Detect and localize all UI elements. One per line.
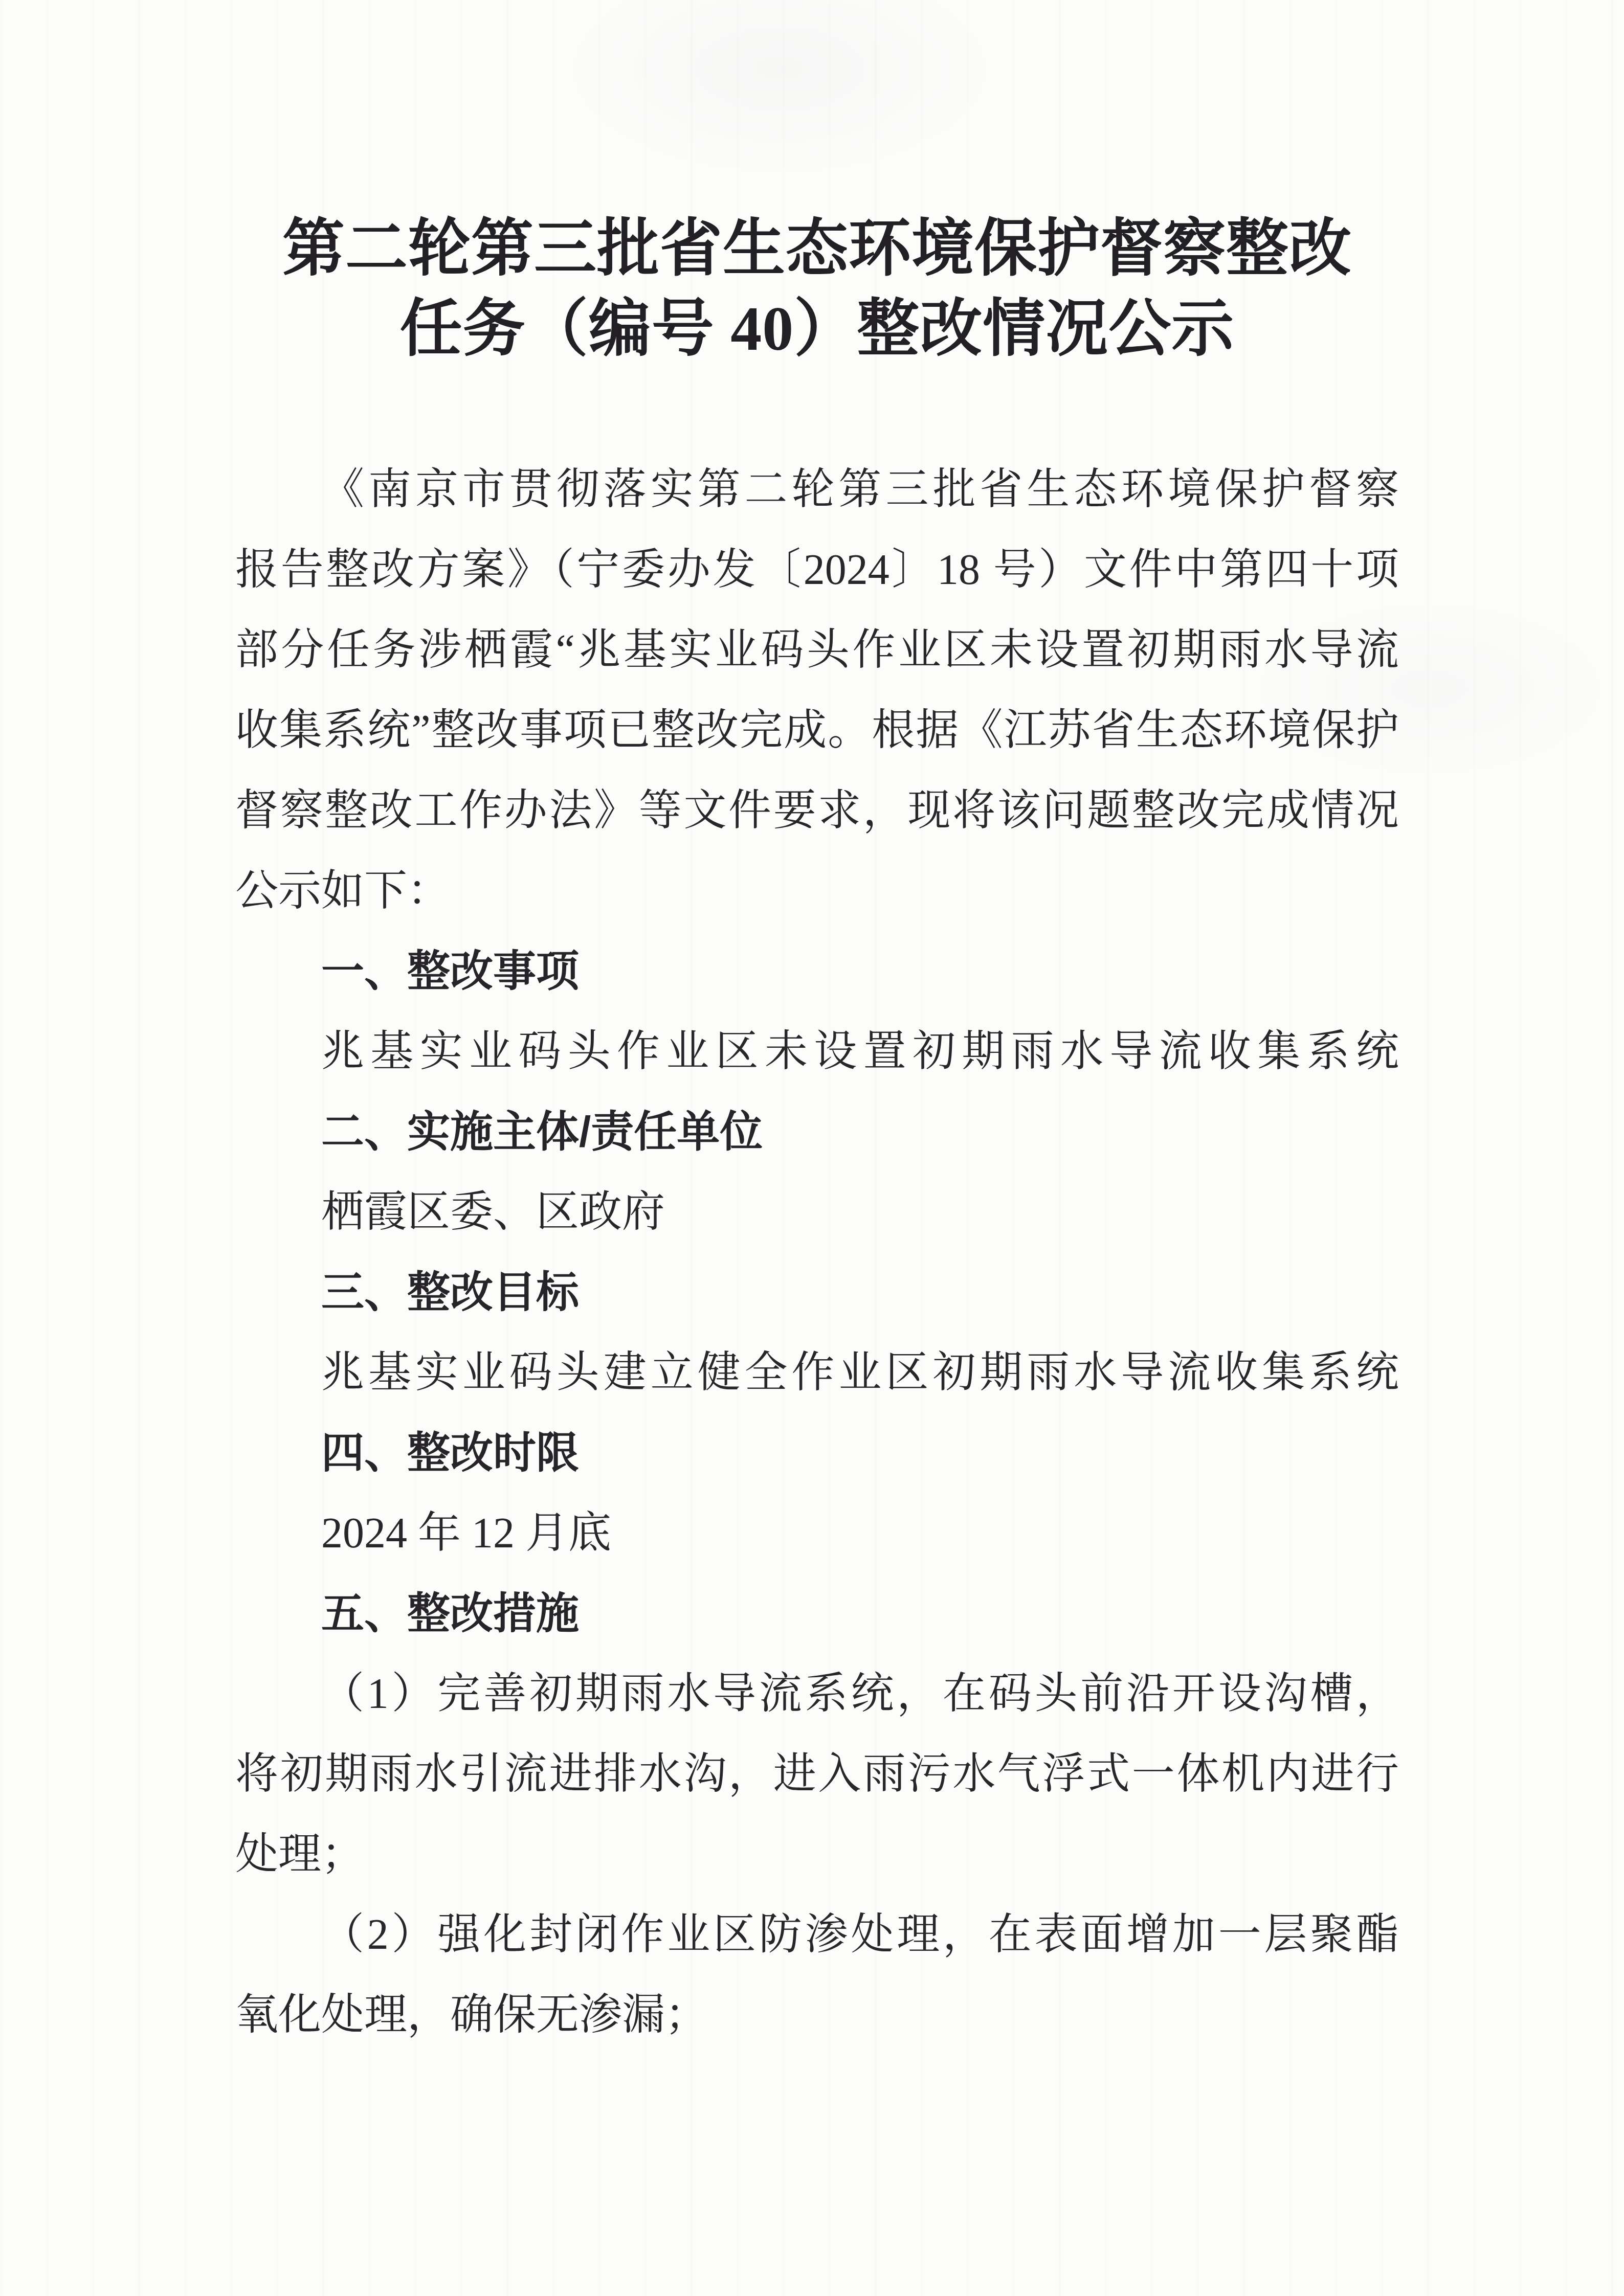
intro-paragraph: 《南京市贯彻落实第二轮第三批省生态环境保护督察 报告整改方案》（宁委办发〔202… (235, 449, 1399, 931)
measure-1-line-2: 将初期雨水引流进排水沟，进入雨污水气浮式一体机内进行 (235, 1734, 1399, 1814)
document-title: 第二轮第三批省生态环境保护督察整改 任务（编号 40）整改情况公示 (235, 209, 1399, 369)
intro-line-5: 督察整改工作办法》等文件要求，现将该问题整改完成情况 (235, 771, 1399, 851)
title-line-2: 任务（编号 40）整改情况公示 (235, 289, 1399, 369)
intro-line-3: 部分任务涉栖霞“兆基实业码头作业区未设置初期雨水导流 (235, 610, 1399, 690)
section-heading-rectification-deadline: 四、整改时限 (235, 1413, 1399, 1493)
measure-1-line-3: 处理； (235, 1814, 1399, 1895)
intro-line-2: 报告整改方案》（宁委办发〔2024〕18 号）文件中第四十项 (235, 530, 1399, 610)
section-heading-rectification-goal: 三、整改目标 (235, 1252, 1399, 1333)
measure-2-paragraph: （2）强化封闭作业区防渗处理，在表面增加一层聚酯 氧化处理，确保无渗漏； (235, 1895, 1399, 2055)
intro-line-6: 公示如下： (235, 851, 1399, 931)
section-body-rectification-item: 兆基实业码头作业区未设置初期雨水导流收集系统 (235, 1011, 1399, 1092)
document-page: 第二轮第三批省生态环境保护督察整改 任务（编号 40）整改情况公示 《南京市贯彻… (0, 0, 1624, 2296)
section-heading-responsible-unit: 二、实施主体/责任单位 (235, 1092, 1399, 1172)
measure-1-line-1: （1）完善初期雨水导流系统，在码头前沿开设沟槽， (235, 1654, 1399, 1734)
measure-1-paragraph: （1）完善初期雨水导流系统，在码头前沿开设沟槽， 将初期雨水引流进排水沟，进入雨… (235, 1654, 1399, 1895)
section-body-responsible-unit: 栖霞区委、区政府 (235, 1172, 1399, 1252)
section-heading-rectification-item: 一、整改事项 (235, 931, 1399, 1011)
section-body-rectification-deadline: 2024 年 12 月底 (235, 1493, 1399, 1573)
section-heading-rectification-measures: 五、整改措施 (235, 1573, 1399, 1654)
section-body-rectification-goal: 兆基实业码头建立健全作业区初期雨水导流收集系统 (235, 1333, 1399, 1413)
measure-2-line-2: 氧化处理，确保无渗漏； (235, 1975, 1399, 2055)
title-line-1: 第二轮第三批省生态环境保护督察整改 (235, 209, 1399, 289)
intro-line-1: 《南京市贯彻落实第二轮第三批省生态环境保护督察 (235, 449, 1399, 530)
intro-line-4: 收集系统”整改事项已整改完成。根据《江苏省生态环境保护 (235, 690, 1399, 771)
measure-2-line-1: （2）强化封闭作业区防渗处理，在表面增加一层聚酯 (235, 1895, 1399, 1975)
